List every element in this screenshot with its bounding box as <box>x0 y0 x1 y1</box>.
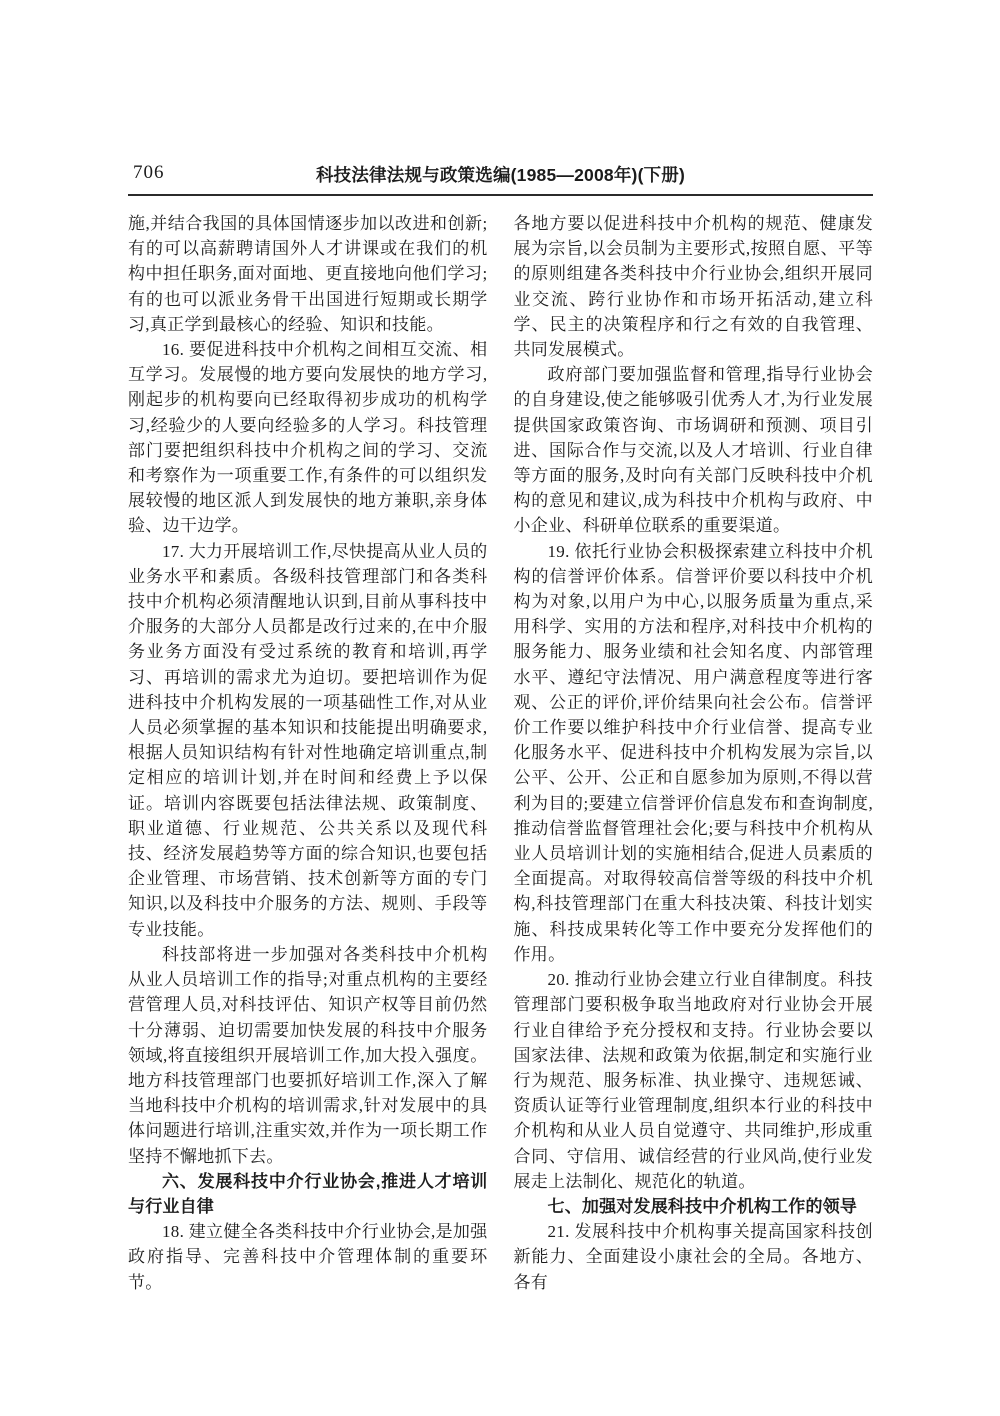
paragraph-item-17: 17. 大力开展培训工作,尽快提高从业人员的业务水平和素质。各级科技管理部门和各… <box>128 539 488 942</box>
text-columns: 施,并结合我国的具体国情逐步加以改进和创新;有的可以高薪聘请国外人才讲课或在我们… <box>128 211 873 1295</box>
paragraph-item-21: 21. 发展科技中介机构事关提高国家科技创新能力、全面建设小康社会的全局。各地方… <box>514 1219 874 1295</box>
section-heading-6: 六、发展科技中介行业协会,推进人才培训与行业自律 <box>128 1169 488 1219</box>
paragraph-item-16: 16. 要促进科技中介机构之间相互交流、相互学习。发展慢的地方要向发展快的地方学… <box>128 337 488 539</box>
page-title: 科技法律法规与政策选编(1985—2008年)(下册) <box>128 162 873 187</box>
left-column: 施,并结合我国的具体国情逐步加以改进和创新;有的可以高薪聘请国外人才讲课或在我们… <box>128 211 488 1295</box>
paragraph-item-20: 20. 推动行业协会建立行业自律制度。科技管理部门要积极争取当地政府对行业协会开… <box>514 967 874 1194</box>
page-header: 706 科技法律法规与政策选编(1985—2008年)(下册) <box>128 160 873 190</box>
continued-paragraph: 各地方要以促进科技中介机构的规范、健康发展为宗旨,以会员制为主要形式,按照自愿、… <box>514 211 874 362</box>
right-column: 各地方要以促进科技中介机构的规范、健康发展为宗旨,以会员制为主要形式,按照自愿、… <box>514 211 874 1295</box>
paragraph-government-supervision: 政府部门要加强监督和管理,指导行业协会的自身建设,使之能够吸引优秀人才,为行业发… <box>514 362 874 538</box>
section-heading-7: 七、加强对发展科技中介机构工作的领导 <box>514 1194 874 1219</box>
continued-paragraph: 施,并结合我国的具体国情逐步加以改进和创新;有的可以高薪聘请国外人才讲课或在我们… <box>128 211 488 337</box>
paragraph-training-guidance: 科技部将进一步加强对各类科技中介机构从业人员培训工作的指导;对重点机构的主要经营… <box>128 942 488 1169</box>
paragraph-item-18: 18. 建立健全各类科技中介行业协会,是加强政府指导、完善科技中介管理体制的重要… <box>128 1219 488 1295</box>
book-page: 706 科技法律法规与政策选编(1985—2008年)(下册) 施,并结合我国的… <box>0 0 1000 1416</box>
paragraph-item-19: 19. 依托行业协会积极探索建立科技中介机构的信誉评价体系。信誉评价要以科技中介… <box>514 539 874 967</box>
header-rule <box>128 194 873 196</box>
